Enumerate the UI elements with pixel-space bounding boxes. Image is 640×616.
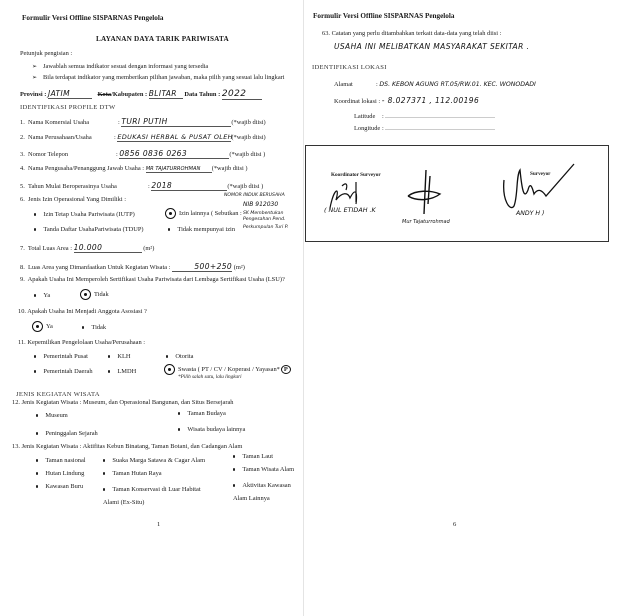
question-10: 10. Apakah Usaha Ini Menjadi Anggota Aso… bbox=[18, 308, 147, 315]
bullet-icon bbox=[168, 228, 170, 230]
question-12: 12. Jenis Kegiatan Wisata : Museum, dan … bbox=[12, 399, 234, 406]
bullet-icon bbox=[34, 370, 36, 372]
field-row: 5. Tahun Mulai Beroperasinya Usaha: 2018… bbox=[20, 181, 263, 191]
section-profile-heading: IDENTIFIKASI PROFILE DTW bbox=[20, 104, 115, 111]
owner-value: MR TAJATURROHMAN bbox=[146, 166, 212, 173]
permit-note: Perkumpulan Turi P. bbox=[243, 225, 288, 230]
bullet-icon bbox=[36, 485, 38, 487]
question-7: 7. Total Luas Area : 10.000 (m²) bbox=[20, 243, 154, 253]
option-wisata-budaya-lainnya[interactable]: Wisata budaya lainnya bbox=[178, 426, 245, 433]
bullet-icon bbox=[178, 428, 180, 430]
coordinate-row: Koordinat lokasi : - 8.027371 , 112.0019… bbox=[334, 96, 479, 105]
option-other-permit[interactable]: Izin lainnya ( Sebutkan : bbox=[165, 208, 242, 219]
bullet-icon bbox=[166, 355, 168, 357]
form-header: Formulir Versi Offline SISPARNAS Pengelo… bbox=[22, 14, 163, 22]
page-number: 1 bbox=[157, 521, 160, 528]
selected-circle-icon bbox=[32, 321, 43, 332]
bullet-icon bbox=[233, 468, 235, 470]
instruction-item: ➢Jawablah semua indikator sesuai dengan … bbox=[32, 63, 208, 70]
coordinator-name: ( NUL ETIDAH .K bbox=[324, 206, 376, 214]
coordinate-value: - 8.027371 , 112.00196 bbox=[382, 96, 479, 105]
bullet-icon bbox=[82, 326, 84, 328]
bullet-icon bbox=[233, 484, 235, 486]
data-year-value: 2022 bbox=[222, 89, 262, 100]
form-page-1: Formulir Versi Offline SISPARNAS Pengelo… bbox=[0, 0, 303, 616]
question-11: 11. Kepemilikan Pengelolaan Usaha/Perusa… bbox=[18, 339, 145, 346]
option-aktivitas-kawasan-alam[interactable]: Aktivitas Kawasan Alam Lainnya bbox=[233, 479, 301, 505]
option-kawasan-buru[interactable]: Kawasan Buru bbox=[36, 483, 83, 490]
option-taman-konservasi[interactable]: Taman Konservasi di Luar Habitat Alami (… bbox=[103, 483, 203, 509]
question-13: 13. Jenis Kegiatan Wisata : Aktifitas Ke… bbox=[12, 443, 242, 450]
nib-label: NOMOR INDUK BERUSAHA bbox=[224, 193, 285, 198]
field-row: 3. Nomor Telepon: 0856 0836 0263(*wajib … bbox=[20, 149, 265, 159]
option-taman-hutan-raya[interactable]: Taman Hutan Raya bbox=[103, 470, 162, 477]
option-yes[interactable]: Ya bbox=[32, 321, 53, 332]
option-suaka-marga-satwa[interactable]: Suaka Marga Satawa & Cagar Alam bbox=[103, 457, 205, 464]
option-iutp[interactable]: Izin Tetap Usaha Pariwisata (IUTP) bbox=[34, 211, 135, 218]
section-activity-heading: JENIS KEGIATAN WISATA bbox=[16, 391, 100, 398]
bullet-icon bbox=[34, 228, 36, 230]
phone-value: 0856 0836 0263 bbox=[119, 149, 229, 159]
permit-note: SK Membentukan bbox=[243, 211, 283, 216]
option-tdup[interactable]: Tanda Daftar UsahaPariwisata (TDUP) bbox=[34, 226, 144, 233]
commercial-name-value: TURI PUTIH bbox=[121, 117, 231, 127]
address-value: DS. KEBON AGUNG RT.05/RW.01. KEC. WONODA… bbox=[379, 81, 536, 88]
selected-circle-icon bbox=[164, 364, 175, 375]
choice-note: *Pilih salah satu, lalu lingkari bbox=[178, 374, 242, 380]
start-year-value: 2018 bbox=[151, 181, 227, 191]
option-peninggalan-sejarah[interactable]: Peninggalan Sejarah bbox=[36, 430, 98, 437]
bullet-icon bbox=[36, 472, 38, 474]
option-yes[interactable]: Ya bbox=[34, 292, 50, 299]
arrow-bullet-icon: ➢ bbox=[32, 64, 37, 70]
instructions-label: Petunjuk pengisian : bbox=[20, 50, 72, 57]
bullet-icon bbox=[103, 488, 105, 490]
permit-note: Pengesahan Pend. bbox=[243, 217, 285, 222]
notes-value: USAHA INI MELIBATKAN MASYARAKAT SEKITAR … bbox=[334, 42, 529, 51]
option-taman-budaya[interactable]: Taman Budaya bbox=[178, 410, 226, 417]
option-taman-laut[interactable]: Taman Laut bbox=[233, 453, 273, 460]
option-no-permit[interactable]: Tidak mempunyai izin bbox=[168, 226, 235, 233]
option-hutan-lindung[interactable]: Hutan Lindung bbox=[36, 470, 84, 477]
question-8: 8. Luas Area yang Dimanfaatkan Untuk Keg… bbox=[20, 262, 245, 272]
option-klh[interactable]: KLH bbox=[108, 353, 131, 360]
nib-number: NIB 912030 bbox=[243, 201, 278, 208]
bullet-icon bbox=[34, 213, 36, 215]
option-taman-wisata-alam[interactable]: Taman Wisata Alam bbox=[233, 466, 294, 473]
option-museum[interactable]: Museum bbox=[36, 412, 68, 419]
instruction-item: ➢Bila terdapat indikator yang memberikan… bbox=[32, 74, 285, 81]
surveyor-name: ANDY H ) bbox=[516, 210, 544, 217]
bullet-icon bbox=[233, 455, 235, 457]
region-row: Provinsi : JATIM Kota/Kabupaten : BLITAR… bbox=[20, 89, 262, 100]
kota-struck: Kota bbox=[98, 91, 112, 98]
selected-circle-icon bbox=[80, 289, 91, 300]
bullet-icon bbox=[36, 459, 38, 461]
bullet-icon bbox=[36, 414, 38, 416]
bullet-icon bbox=[34, 355, 36, 357]
total-area-value: 10.000 bbox=[74, 243, 142, 253]
middle-signature-icon bbox=[404, 168, 444, 218]
option-central-gov[interactable]: Pemerintah Pusat bbox=[34, 353, 88, 360]
selected-circle-icon bbox=[165, 208, 176, 219]
bullet-icon bbox=[36, 432, 38, 434]
form-page-6: Formulir Versi Offline SISPARNAS Pengelo… bbox=[304, 0, 640, 616]
longitude-row: Longitude: bbox=[354, 125, 495, 132]
address-row: Alamat: DS. KEBON AGUNG RT.05/RW.01. KEC… bbox=[334, 81, 536, 88]
latitude-value bbox=[385, 117, 495, 118]
bullet-icon bbox=[34, 294, 36, 296]
page-number: 6 bbox=[453, 521, 456, 528]
form-header: Formulir Versi Offline SISPARNAS Pengelo… bbox=[313, 12, 454, 20]
bullet-icon bbox=[178, 412, 180, 414]
bullet-icon bbox=[103, 459, 105, 461]
longitude-value bbox=[385, 129, 495, 130]
option-regional-gov[interactable]: Pemerintah Daerah bbox=[34, 368, 93, 375]
middle-name: Mur Tajaturrohmad bbox=[402, 219, 450, 225]
bullet-icon bbox=[103, 472, 105, 474]
question-63: 63. Catatan yang perlu ditambahkan terka… bbox=[322, 30, 501, 37]
bullet-icon bbox=[108, 370, 110, 372]
province-value: JATIM bbox=[48, 89, 92, 99]
field-row: 1. Nama Komersial Usaha: TURI PUTIH(*waj… bbox=[20, 117, 266, 127]
signature-box: Koordinator Surveyor ( NUL ETIDAH .K Mur… bbox=[305, 145, 609, 242]
company-name-value: EDUKASI HERBAL & PUSAT OLEH bbox=[117, 133, 231, 142]
option-taman-nasional[interactable]: Taman nasional bbox=[36, 457, 86, 464]
option-lmdh[interactable]: LMDH bbox=[108, 368, 136, 375]
field-row: 2. Nama Perusahaan/Usaha: EDUKASI HERBAL… bbox=[20, 133, 266, 142]
question-6: 6. Jenis Izin Operasional Yang Dimiliki … bbox=[20, 196, 126, 203]
section-location-heading: IDENTIFIKASI LOKASI bbox=[312, 64, 387, 71]
option-no[interactable]: Tidak bbox=[82, 324, 106, 331]
bullet-icon bbox=[108, 355, 110, 357]
kabupaten-value: BLITAR bbox=[149, 89, 183, 99]
option-no[interactable]: Tidak bbox=[80, 289, 109, 300]
circled-pt-mark: P bbox=[281, 365, 291, 374]
field-row: 4. Nama Pengusaha/Penanggung Jawab Usaha… bbox=[20, 165, 248, 173]
latitude-row: Latitude: bbox=[354, 113, 495, 120]
option-otorita[interactable]: Otorita bbox=[166, 353, 194, 360]
used-area-value: 500+250 bbox=[172, 262, 232, 272]
arrow-bullet-icon: ➢ bbox=[32, 75, 37, 81]
form-title: LAYANAN DAYA TARIK PARIWISATA bbox=[96, 35, 229, 43]
question-9: 9. Apakah Usaha Ini Memperoleh Sertifika… bbox=[20, 276, 285, 283]
